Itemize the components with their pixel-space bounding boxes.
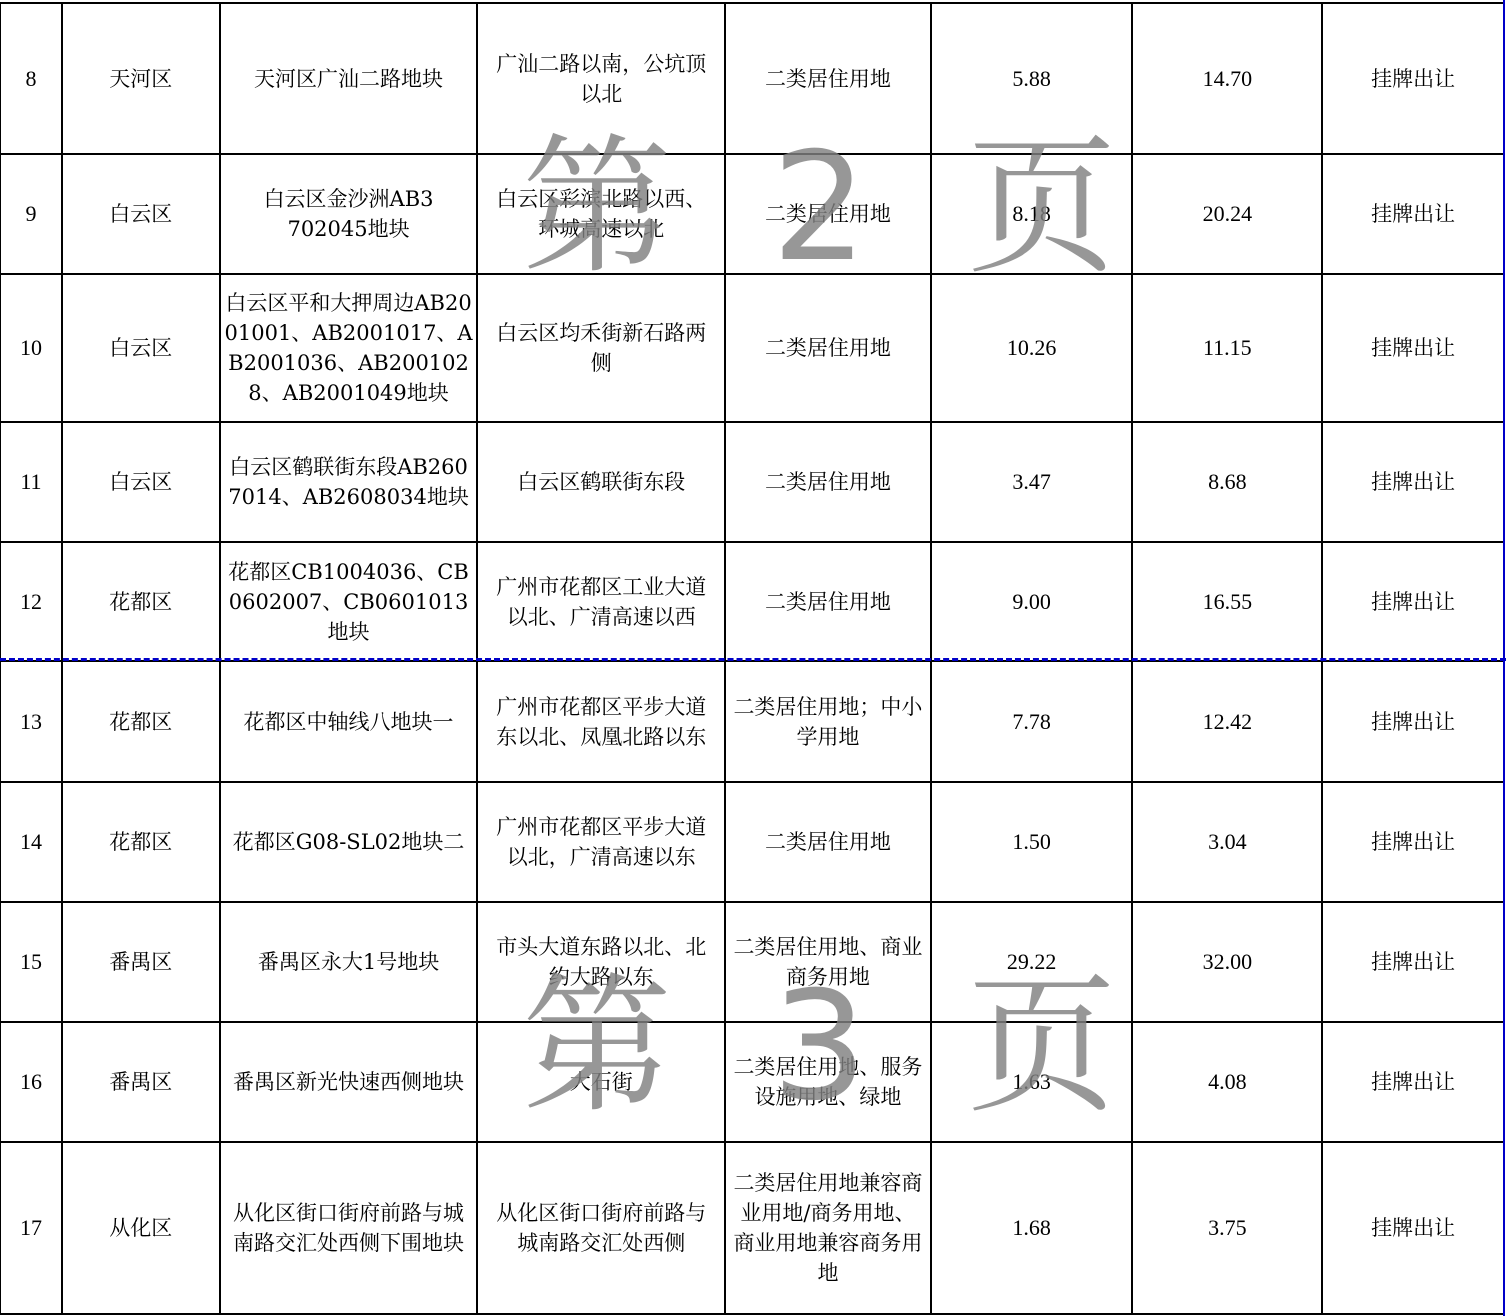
cell-gfa[interactable]: 11.15 <box>1132 274 1322 422</box>
cell-use[interactable]: 二类居住用地；中小学用地 <box>725 661 931 782</box>
cell-method[interactable]: 挂牌出让 <box>1322 1022 1504 1142</box>
cell-location[interactable]: 白云区鹤联街东段 <box>477 422 725 542</box>
cell-location[interactable]: 白云区彩滨北路以西、环城高速以北 <box>477 154 725 274</box>
table-row: 8 天河区 天河区广汕二路地块 广汕二路以南，公坑顶以北 二类居住用地 5.88… <box>0 3 1504 154</box>
cell-no[interactable]: 17 <box>0 1142 62 1314</box>
cell-name[interactable]: 天河区广汕二路地块 <box>220 3 478 154</box>
cell-no[interactable]: 9 <box>0 154 62 274</box>
cell-location[interactable]: 广州市花都区平步大道东以北、凤凰北路以东 <box>477 661 725 782</box>
cell-name[interactable]: 白云区鹤联街东段AB2607014、AB2608034地块 <box>220 422 478 542</box>
table-row: 15 番禺区 番禺区永大1号地块 市头大道东路以北、北约大路以东 二类居住用地、… <box>0 902 1504 1022</box>
cell-method[interactable]: 挂牌出让 <box>1322 542 1504 661</box>
cell-no[interactable]: 15 <box>0 902 62 1022</box>
cell-name[interactable]: 白云区金沙洲AB3702045地块 <box>220 154 478 274</box>
cell-use[interactable]: 二类居住用地 <box>725 154 931 274</box>
cell-area[interactable]: 1.68 <box>931 1142 1133 1314</box>
cell-location[interactable]: 从化区街口街府前路与城南路交汇处西侧 <box>477 1142 725 1314</box>
cell-use[interactable]: 二类居住用地、服务设施用地、绿地 <box>725 1022 931 1142</box>
cell-location-text: 广州市花都区平步大道以北，广清高速以东 <box>496 815 706 869</box>
cell-gfa[interactable]: 8.68 <box>1132 422 1322 542</box>
cell-location-text: 市头大道东路以北、北约大路以东 <box>496 935 706 989</box>
page-break-line <box>0 658 1506 661</box>
cell-area[interactable]: 3.47 <box>931 422 1133 542</box>
cell-method[interactable]: 挂牌出让 <box>1322 902 1504 1022</box>
cell-area[interactable]: 1.63 <box>931 1022 1133 1142</box>
cell-method[interactable]: 挂牌出让 <box>1322 274 1504 422</box>
cell-method[interactable]: 挂牌出让 <box>1322 782 1504 902</box>
cell-gfa[interactable]: 12.42 <box>1132 661 1322 782</box>
cell-no[interactable]: 14 <box>0 782 62 902</box>
cell-location[interactable]: 白云区均禾街新石路两侧 <box>477 274 725 422</box>
cell-use[interactable]: 二类居住用地 <box>725 274 931 422</box>
cell-location[interactable]: 大石街 <box>477 1022 725 1142</box>
cell-location[interactable]: 广州市花都区平步大道以北，广清高速以东 <box>477 782 725 902</box>
cell-location-text: 广州市花都区工业大道以北、广清高速以西 <box>496 575 706 629</box>
cell-gfa[interactable]: 32.00 <box>1132 902 1322 1022</box>
cell-district[interactable]: 花都区 <box>62 542 220 661</box>
cell-district[interactable]: 白云区 <box>62 422 220 542</box>
spreadsheet-page: 8 天河区 天河区广汕二路地块 广汕二路以南，公坑顶以北 二类居住用地 5.88… <box>0 0 1506 1316</box>
cell-use[interactable]: 二类居住用地、商业商务用地 <box>725 902 931 1022</box>
cell-gfa[interactable]: 3.75 <box>1132 1142 1322 1314</box>
cell-gfa[interactable]: 3.04 <box>1132 782 1322 902</box>
cell-name[interactable]: 番禺区永大1号地块 <box>220 902 478 1022</box>
cell-district[interactable]: 白云区 <box>62 154 220 274</box>
cell-district[interactable]: 花都区 <box>62 782 220 902</box>
cell-use[interactable]: 二类居住用地 <box>725 782 931 902</box>
cell-method[interactable]: 挂牌出让 <box>1322 1142 1504 1314</box>
cell-district[interactable]: 白云区 <box>62 274 220 422</box>
table-row: 9 白云区 白云区金沙洲AB3702045地块 白云区彩滨北路以西、环城高速以北… <box>0 154 1504 274</box>
cell-no[interactable]: 10 <box>0 274 62 422</box>
cell-method[interactable]: 挂牌出让 <box>1322 661 1504 782</box>
cell-use[interactable]: 二类居住用地 <box>725 542 931 661</box>
cell-area[interactable]: 29.22 <box>931 902 1133 1022</box>
cell-no[interactable]: 13 <box>0 661 62 782</box>
cell-no[interactable]: 12 <box>0 542 62 661</box>
cell-name-text: 白云区金沙洲AB3702045地块 <box>264 187 434 241</box>
cell-location-text: 广州市花都区平步大道东以北、凤凰北路以东 <box>496 695 706 749</box>
table-row: 14 花都区 花都区G08-SL02地块二 广州市花都区平步大道以北，广清高速以… <box>0 782 1504 902</box>
cell-name[interactable]: 花都区CB1004036、CB0602007、CB0601013地块 <box>220 542 478 661</box>
cell-area[interactable]: 10.26 <box>931 274 1133 422</box>
cell-method[interactable]: 挂牌出让 <box>1322 3 1504 154</box>
cell-area[interactable]: 7.78 <box>931 661 1133 782</box>
cell-no[interactable]: 11 <box>0 422 62 542</box>
cell-name[interactable]: 番禺区新光快速西侧地块 <box>220 1022 478 1142</box>
table-row: 16 番禺区 番禺区新光快速西侧地块 大石街 二类居住用地、服务设施用地、绿地 … <box>0 1022 1504 1142</box>
print-area-edge <box>1503 0 1505 1316</box>
cell-no[interactable]: 8 <box>0 3 62 154</box>
cell-district[interactable]: 花都区 <box>62 661 220 782</box>
cell-district[interactable]: 番禺区 <box>62 1022 220 1142</box>
cell-area[interactable]: 9.00 <box>931 542 1133 661</box>
cell-district[interactable]: 番禺区 <box>62 902 220 1022</box>
table-row: 12 花都区 花都区CB1004036、CB0602007、CB0601013地… <box>0 542 1504 661</box>
cell-no[interactable]: 16 <box>0 1022 62 1142</box>
cell-gfa[interactable]: 20.24 <box>1132 154 1322 274</box>
table-row: 10 白云区 白云区平和大押周边AB2001001、AB2001017、AB20… <box>0 274 1504 422</box>
table-row: 17 从化区 从化区街口街府前路与城南路交汇处西侧下围地块 从化区街口街府前路与… <box>0 1142 1504 1314</box>
cell-district[interactable]: 天河区 <box>62 3 220 154</box>
cell-gfa[interactable]: 16.55 <box>1132 542 1322 661</box>
cell-method[interactable]: 挂牌出让 <box>1322 422 1504 542</box>
cell-name[interactable]: 白云区平和大押周边AB2001001、AB2001017、AB2001036、A… <box>220 274 478 422</box>
cell-location[interactable]: 广州市花都区工业大道以北、广清高速以西 <box>477 542 725 661</box>
cell-area[interactable]: 8.18 <box>931 154 1133 274</box>
cell-location-text: 白云区均禾街新石路两侧 <box>496 321 706 375</box>
cell-location-text: 广汕二路以南，公坑顶以北 <box>496 52 706 106</box>
cell-area[interactable]: 1.50 <box>931 782 1133 902</box>
cell-district[interactable]: 从化区 <box>62 1142 220 1314</box>
cell-area[interactable]: 5.88 <box>931 3 1133 154</box>
cell-use[interactable]: 二类居住用地 <box>725 3 931 154</box>
cell-location[interactable]: 广汕二路以南，公坑顶以北 <box>477 3 725 154</box>
cell-method[interactable]: 挂牌出让 <box>1322 154 1504 274</box>
cell-use[interactable]: 二类居住用地 <box>725 422 931 542</box>
cell-gfa[interactable]: 14.70 <box>1132 3 1322 154</box>
cell-use[interactable]: 二类居住用地兼容商业用地/商务用地、商业用地兼容商务用地 <box>725 1142 931 1314</box>
cell-name[interactable]: 花都区中轴线八地块一 <box>220 661 478 782</box>
cell-location-text: 白云区彩滨北路以西、环城高速以北 <box>496 187 706 241</box>
cell-name[interactable]: 从化区街口街府前路与城南路交汇处西侧下围地块 <box>220 1142 478 1314</box>
table-row: 13 花都区 花都区中轴线八地块一 广州市花都区平步大道东以北、凤凰北路以东 二… <box>0 661 1504 782</box>
cell-location[interactable]: 市头大道东路以北、北约大路以东 <box>477 902 725 1022</box>
cell-name[interactable]: 花都区G08-SL02地块二 <box>220 782 478 902</box>
cell-gfa[interactable]: 4.08 <box>1132 1022 1322 1142</box>
table-row: 11 白云区 白云区鹤联街东段AB2607014、AB2608034地块 白云区… <box>0 422 1504 542</box>
